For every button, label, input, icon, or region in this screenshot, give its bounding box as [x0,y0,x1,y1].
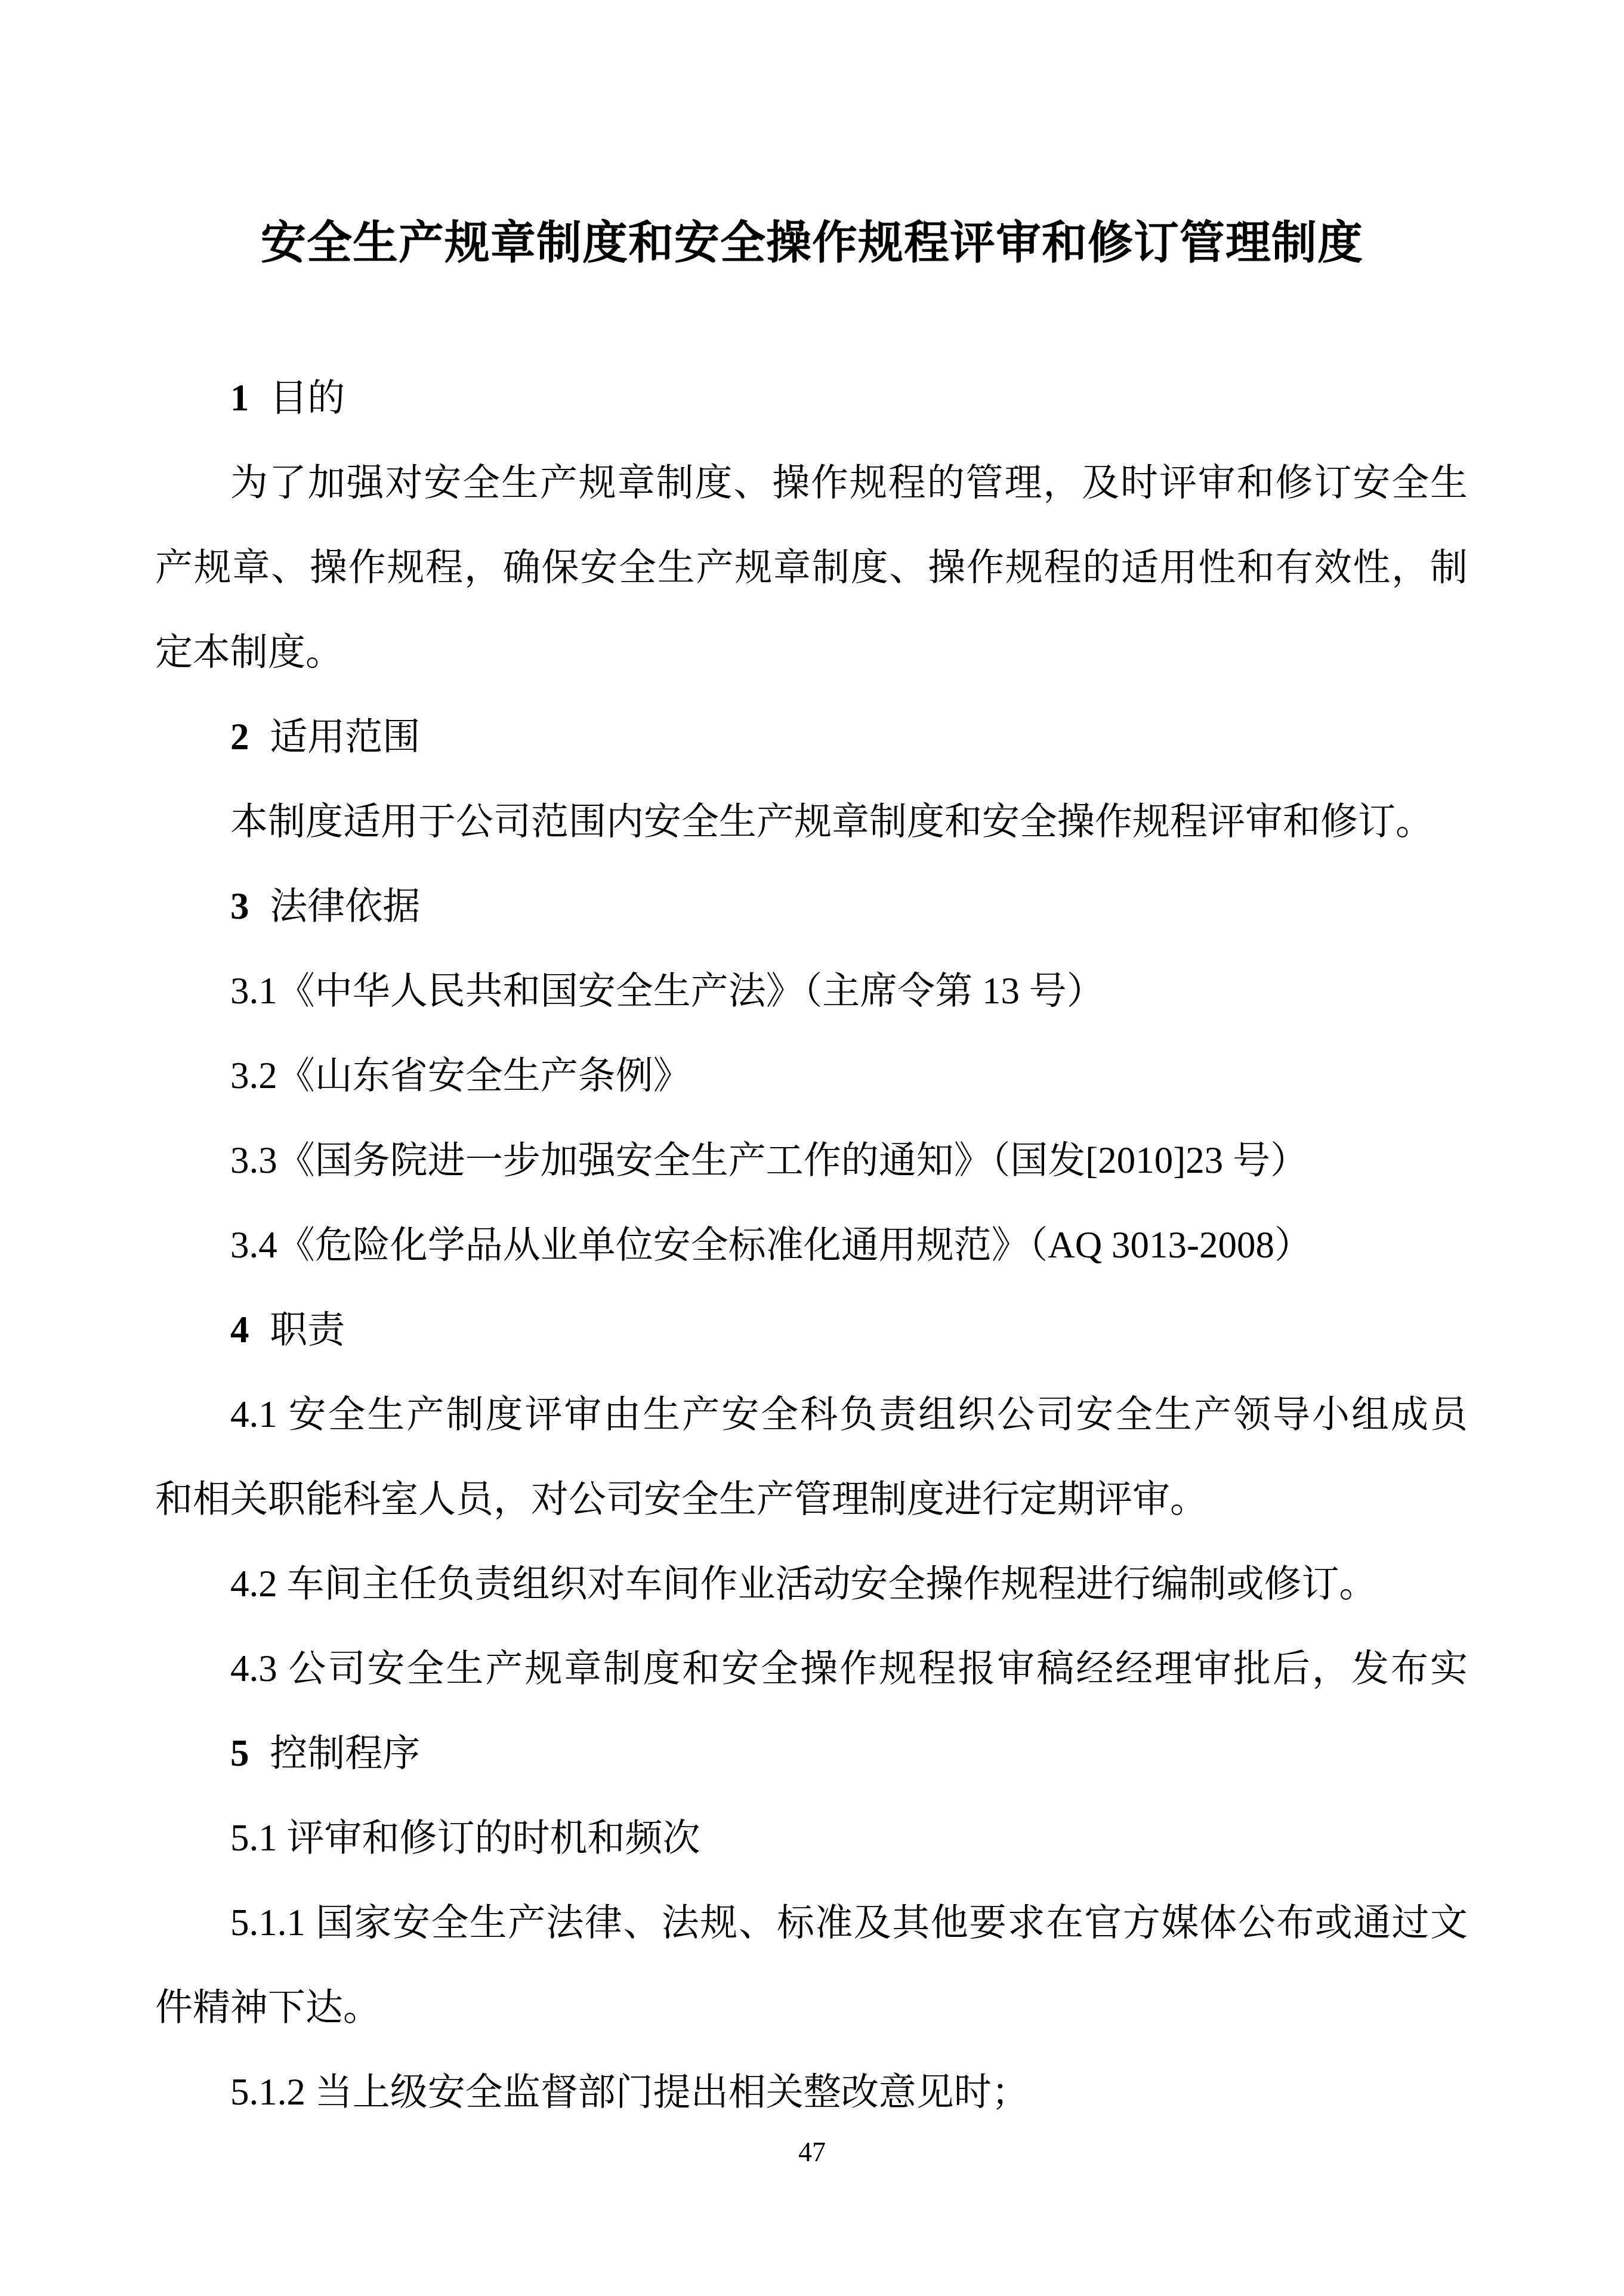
section-heading-1: 1目的 [155,356,1468,440]
clause-5-1-1: 5.1.1 国家安全生产法律、法规、标准及其他要求在官方媒体公布或通过文 [155,1880,1468,1965]
paragraph-line: 产规章、操作规程，确保安全生产规章制度、操作规程的适用性和有效性，制 [155,525,1468,610]
clause-3-4: 3.4《危险化学品从业单位安全标准化通用规范》（AQ 3013-2008） [155,1203,1468,1287]
document-page: 安全生产规章制度和安全操作规程评审和修订管理制度 1目的 为了加强对安全生产规章… [0,0,1624,2296]
section-heading-label: 职责 [270,1309,345,1351]
page-number: 47 [0,2133,1624,2171]
section-number: 2 [230,716,249,758]
section-heading-3: 3法律依据 [155,864,1468,948]
document-body: 1目的 为了加强对安全生产规章制度、操作规程的管理，及时评审和修订安全生 产规章… [155,356,1468,2134]
section-heading-2: 2适用范围 [155,694,1468,779]
section-heading-5: 5控制程序 [155,1711,1468,1796]
clause-4-2: 4.2 车间主任负责组织对车间作业活动安全操作规程进行编制或修订。 [155,1541,1468,1626]
section-number: 5 [230,1732,249,1774]
clause-3-2: 3.2《山东省安全生产条例》 [155,1033,1468,1118]
section-number: 3 [230,885,249,927]
paragraph-line: 和相关职能科室人员，对公司安全生产管理制度进行定期评审。 [155,1457,1468,1541]
clause-3-3: 3.3《国务院进一步加强安全生产工作的通知》（国发[2010]23 号） [155,1118,1468,1203]
section-heading-label: 适用范围 [270,716,420,758]
section-heading-label: 控制程序 [270,1732,420,1774]
section-heading-label: 目的 [270,377,345,419]
paragraph-line: 件精神下达。 [155,1965,1468,2050]
paragraph-line: 为了加强对安全生产规章制度、操作规程的管理，及时评审和修订安全生 [155,440,1468,525]
clause-5-1-2: 5.1.2 当上级安全监督部门提出相关整改意见时； [155,2050,1468,2134]
section-heading-4: 4职责 [155,1287,1468,1372]
document-title: 安全生产规章制度和安全操作规程评审和修订管理制度 [0,201,1624,286]
section-number: 4 [230,1309,249,1351]
clause-4-1: 4.1 安全生产制度评审由生产安全科负责组织公司安全生产领导小组成员 [155,1372,1468,1457]
paragraph-line: 本制度适用于公司范围内安全生产规章制度和安全操作规程评审和修订。 [155,779,1468,864]
section-heading-label: 法律依据 [270,885,420,927]
clause-3-1: 3.1《中华人民共和国安全生产法》（主席令第 13 号） [155,948,1468,1033]
section-number: 1 [230,377,249,419]
clause-5-1: 5.1 评审和修订的时机和频次 [155,1796,1468,1880]
paragraph-line: 定本制度。 [155,610,1468,694]
clause-4-3: 4.3 公司安全生产规章制度和安全操作规程报审稿经经理审批后，发布实施。 [155,1626,1468,1711]
